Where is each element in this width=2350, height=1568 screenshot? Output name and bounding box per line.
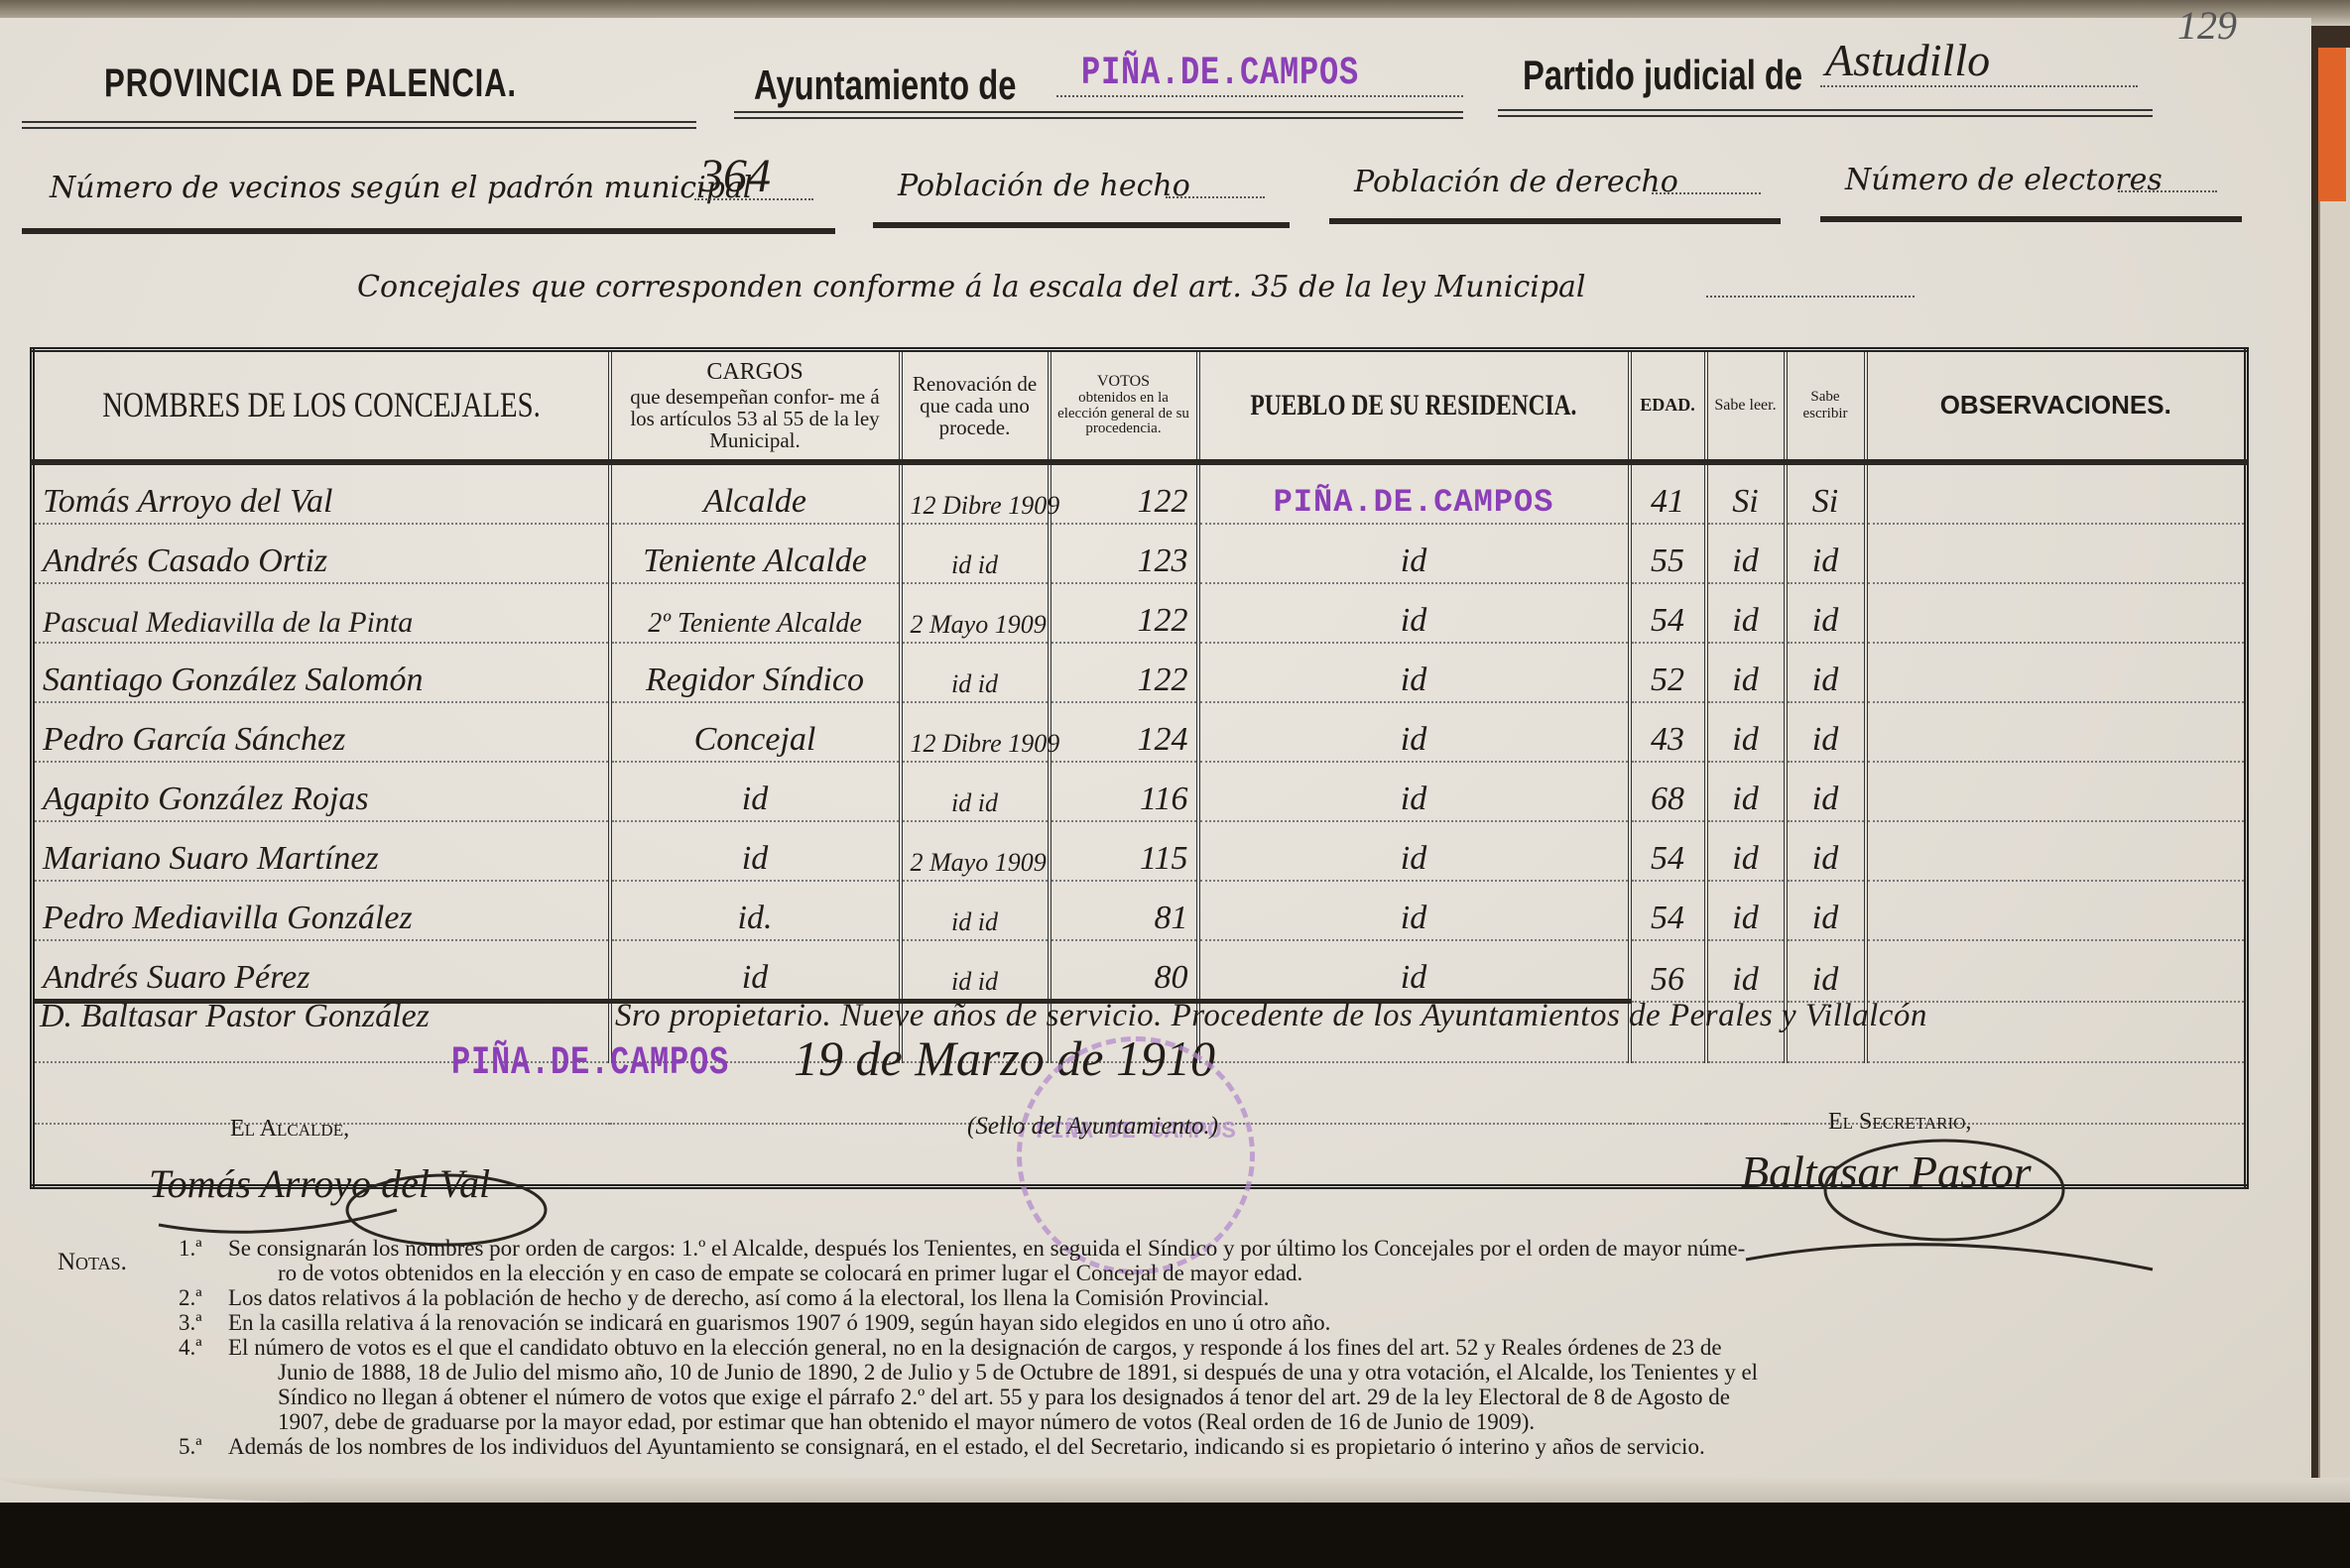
poblacion-hecho-field[interactable] — [1166, 196, 1265, 198]
cell-observaciones — [1866, 881, 2247, 940]
cell-escribir: id — [1786, 940, 1866, 1002]
rule — [1498, 109, 2153, 117]
table-row: Santiago González Salomón Regidor Síndic… — [33, 643, 2247, 702]
cell-votos: 81 — [1050, 881, 1198, 940]
table-row: Pedro Mediavilla González id. id id 81 i… — [33, 881, 2247, 940]
header-observaciones: OBSERVACIONES. — [1866, 350, 2247, 463]
notes-title: Notas. — [58, 1250, 127, 1274]
header-escribir: Sabe escribir — [1786, 350, 1866, 463]
note-1: 1.ªSe consignarán los nombres por orden … — [179, 1236, 2262, 1285]
cell-leer: id — [1706, 524, 1786, 583]
cell-leer: id — [1706, 821, 1786, 881]
cell-votos: 122 — [1050, 583, 1198, 643]
cell-pueblo: id — [1198, 762, 1630, 821]
cell-observaciones — [1866, 940, 2247, 1002]
cell-edad: 54 — [1630, 821, 1706, 881]
provincia-title: PROVINCIA DE PALENCIA. — [104, 61, 517, 106]
cell-cargo: Concejal — [610, 702, 901, 762]
cell-escribir: id — [1786, 881, 1866, 940]
cell-edad: 41 — [1630, 462, 1706, 524]
ayuntamiento-stamp: PIÑA.DE.CAMPOS — [1081, 52, 1359, 96]
table-row: Tomás Arroyo del Val Alcalde 12 Dibre 19… — [33, 462, 2247, 524]
book-binding-edge — [2318, 48, 2350, 1568]
note-5: 5.ªAdemás de los nombres de los individu… — [179, 1434, 2262, 1459]
rule — [22, 228, 835, 234]
cell-nombre: Santiago González Salomón — [33, 643, 610, 702]
cell-votos: 115 — [1050, 821, 1198, 881]
cell-leer: id — [1706, 702, 1786, 762]
cell-pueblo: id — [1198, 643, 1630, 702]
cell-nombre: Agapito González Rojas — [33, 762, 610, 821]
vecinos-label: Número de vecinos según el padrón munici… — [50, 171, 752, 205]
secretario-nombre: D. Baltasar Pastor González — [40, 998, 430, 1035]
cell-pueblo: id — [1198, 881, 1630, 940]
partido-value: Astudillo — [1825, 34, 1990, 86]
rule — [1820, 216, 2242, 222]
cell-nombre: Andrés Casado Ortiz — [33, 524, 610, 583]
cell-cargo: id. — [610, 881, 901, 940]
cell-cargo: 2º Teniente Alcalde — [610, 583, 901, 643]
header-edad: EDAD. — [1630, 350, 1706, 463]
cell-observaciones — [1866, 762, 2247, 821]
cell-edad: 43 — [1630, 702, 1706, 762]
concejales-line: Concejales que corresponden conforme á l… — [357, 270, 1586, 304]
fecha-lugar-stamp: PIÑA.DE.CAMPOS — [451, 1041, 729, 1086]
rule — [873, 222, 1290, 228]
note-3: 3.ªEn la casilla relativa á la renovació… — [179, 1310, 2262, 1335]
header-cargos: CARGOSque desempeñan confor- me á los ar… — [610, 350, 901, 463]
electores-label: Número de electores — [1845, 163, 2163, 197]
cell-leer: id — [1706, 643, 1786, 702]
electores-field[interactable] — [2118, 190, 2217, 192]
cell-renovacion: 12 Dibre 1909 — [901, 702, 1050, 762]
header-nombres: NOMBRES DE LOS CONCEJALES. — [33, 350, 610, 463]
cell-escribir: id — [1786, 702, 1866, 762]
cell-observaciones — [1866, 643, 2247, 702]
cell-edad: 68 — [1630, 762, 1706, 821]
cell-observaciones — [1866, 583, 2247, 643]
cell-pueblo-stamp: PIÑA.DE.CAMPOS — [1198, 462, 1630, 524]
table-row: Pedro García Sánchez Concejal 12 Dibre 1… — [33, 702, 2247, 762]
poblacion-derecho-label: Población de derecho — [1354, 165, 1678, 199]
ayuntamiento-label: Ayuntamiento de — [754, 61, 1017, 109]
table-row: Mariano Suaro Martínez id 2 Mayo 1909 11… — [33, 821, 2247, 881]
cell-escribir: id — [1786, 524, 1866, 583]
cell-edad: 52 — [1630, 643, 1706, 702]
cell-renovacion: 2 Mayo 1909 — [901, 583, 1050, 643]
cell-pueblo: id — [1198, 702, 1630, 762]
cell-cargo: Alcalde — [610, 462, 901, 524]
cell-edad: 54 — [1630, 881, 1706, 940]
cell-pueblo: id — [1198, 524, 1630, 583]
table-row: Andrés Casado Ortiz Teniente Alcalde id … — [33, 524, 2247, 583]
cell-pueblo: id — [1198, 940, 1630, 1002]
cell-observaciones — [1866, 821, 2247, 881]
cell-renovacion: id id — [901, 881, 1050, 940]
cell-edad: 56 — [1630, 940, 1706, 1002]
cell-cargo: id — [610, 821, 901, 881]
cell-nombre: Tomás Arroyo del Val — [33, 462, 610, 524]
header-renovacion: Renovación de que cada uno procede. — [901, 350, 1050, 463]
vecinos-value: 364 — [699, 149, 771, 203]
cell-nombre: Pedro García Sánchez — [33, 702, 610, 762]
cell-cargo: id — [610, 940, 901, 1002]
cell-nombre: Pascual Mediavilla de la Pinta — [33, 583, 610, 643]
binding-orange-tab — [2318, 48, 2346, 201]
cell-leer: id — [1706, 583, 1786, 643]
cell-pueblo: id — [1198, 583, 1630, 643]
table-row: Andrés Suaro Pérez id id id 80 id 56 id … — [33, 940, 2247, 1002]
cell-nombre: Mariano Suaro Martínez — [33, 821, 610, 881]
rule — [22, 121, 696, 129]
table-row: Pascual Mediavilla de la Pinta 2º Tenien… — [33, 583, 2247, 643]
cell-renovacion: 12 Dibre 1909 — [901, 462, 1050, 524]
poblacion-hecho-label: Población de hecho — [898, 169, 1190, 203]
cell-escribir: Si — [1786, 462, 1866, 524]
cell-cargo: Teniente Alcalde — [610, 524, 901, 583]
cell-cargo: id — [610, 762, 901, 821]
cell-observaciones — [1866, 702, 2247, 762]
cell-leer: id — [1706, 881, 1786, 940]
concejales-field[interactable] — [1706, 296, 1915, 298]
cell-edad: 55 — [1630, 524, 1706, 583]
cell-observaciones — [1866, 524, 2247, 583]
cell-votos: 123 — [1050, 524, 1198, 583]
note-2: 2.ªLos datos relativos á la población de… — [179, 1285, 2262, 1310]
note-4: 4.ª El número de votos es el que el cand… — [179, 1335, 2262, 1434]
sello-label: (Sello del Ayuntamiento.) — [967, 1113, 1218, 1141]
cell-votos: 124 — [1050, 702, 1198, 762]
notes-block: 1.ªSe consignarán los nombres por orden … — [179, 1236, 2262, 1459]
cell-votos: 122 — [1050, 462, 1198, 524]
header-leer: Sabe leer. — [1706, 350, 1786, 463]
table-header-row: NOMBRES DE LOS CONCEJALES. CARGOSque des… — [33, 350, 2247, 463]
cell-leer: id — [1706, 762, 1786, 821]
partido-label: Partido judicial de — [1523, 52, 1802, 99]
cell-leer: id — [1706, 940, 1786, 1002]
cell-escribir: id — [1786, 821, 1866, 881]
cell-observaciones — [1866, 462, 2247, 524]
cell-votos: 116 — [1050, 762, 1198, 821]
header-pueblo: PUEBLO DE SU RESIDENCIA. — [1198, 350, 1630, 463]
cell-votos: 122 — [1050, 643, 1198, 702]
cell-escribir: id — [1786, 643, 1866, 702]
cell-nombre: Pedro Mediavilla González — [33, 881, 610, 940]
cell-nombre: Andrés Suaro Pérez — [33, 940, 610, 1002]
cell-escribir: id — [1786, 583, 1866, 643]
rule — [734, 111, 1463, 119]
cell-pueblo: id — [1198, 821, 1630, 881]
cell-edad: 54 — [1630, 583, 1706, 643]
header-votos: VOTOSobtenidos en la elección general de… — [1050, 350, 1198, 463]
cell-escribir: id — [1786, 762, 1866, 821]
cell-renovacion: id id — [901, 643, 1050, 702]
cell-renovacion: id id — [901, 940, 1050, 1002]
table-row: Agapito González Rojas id id id 116 id 6… — [33, 762, 2247, 821]
cell-renovacion: 2 Mayo 1909 — [901, 821, 1050, 881]
cell-leer: Si — [1706, 462, 1786, 524]
alcalde-label: El Alcalde, — [230, 1116, 349, 1143]
cell-cargo: Regidor Síndico — [610, 643, 901, 702]
rule — [1329, 218, 1781, 224]
page-number: 129 — [2177, 2, 2237, 49]
cell-votos: 80 — [1050, 940, 1198, 1002]
book-shadow — [0, 1503, 2350, 1568]
poblacion-derecho-field[interactable] — [1652, 192, 1761, 194]
cell-renovacion: id id — [901, 762, 1050, 821]
cell-renovacion: id id — [901, 524, 1050, 583]
